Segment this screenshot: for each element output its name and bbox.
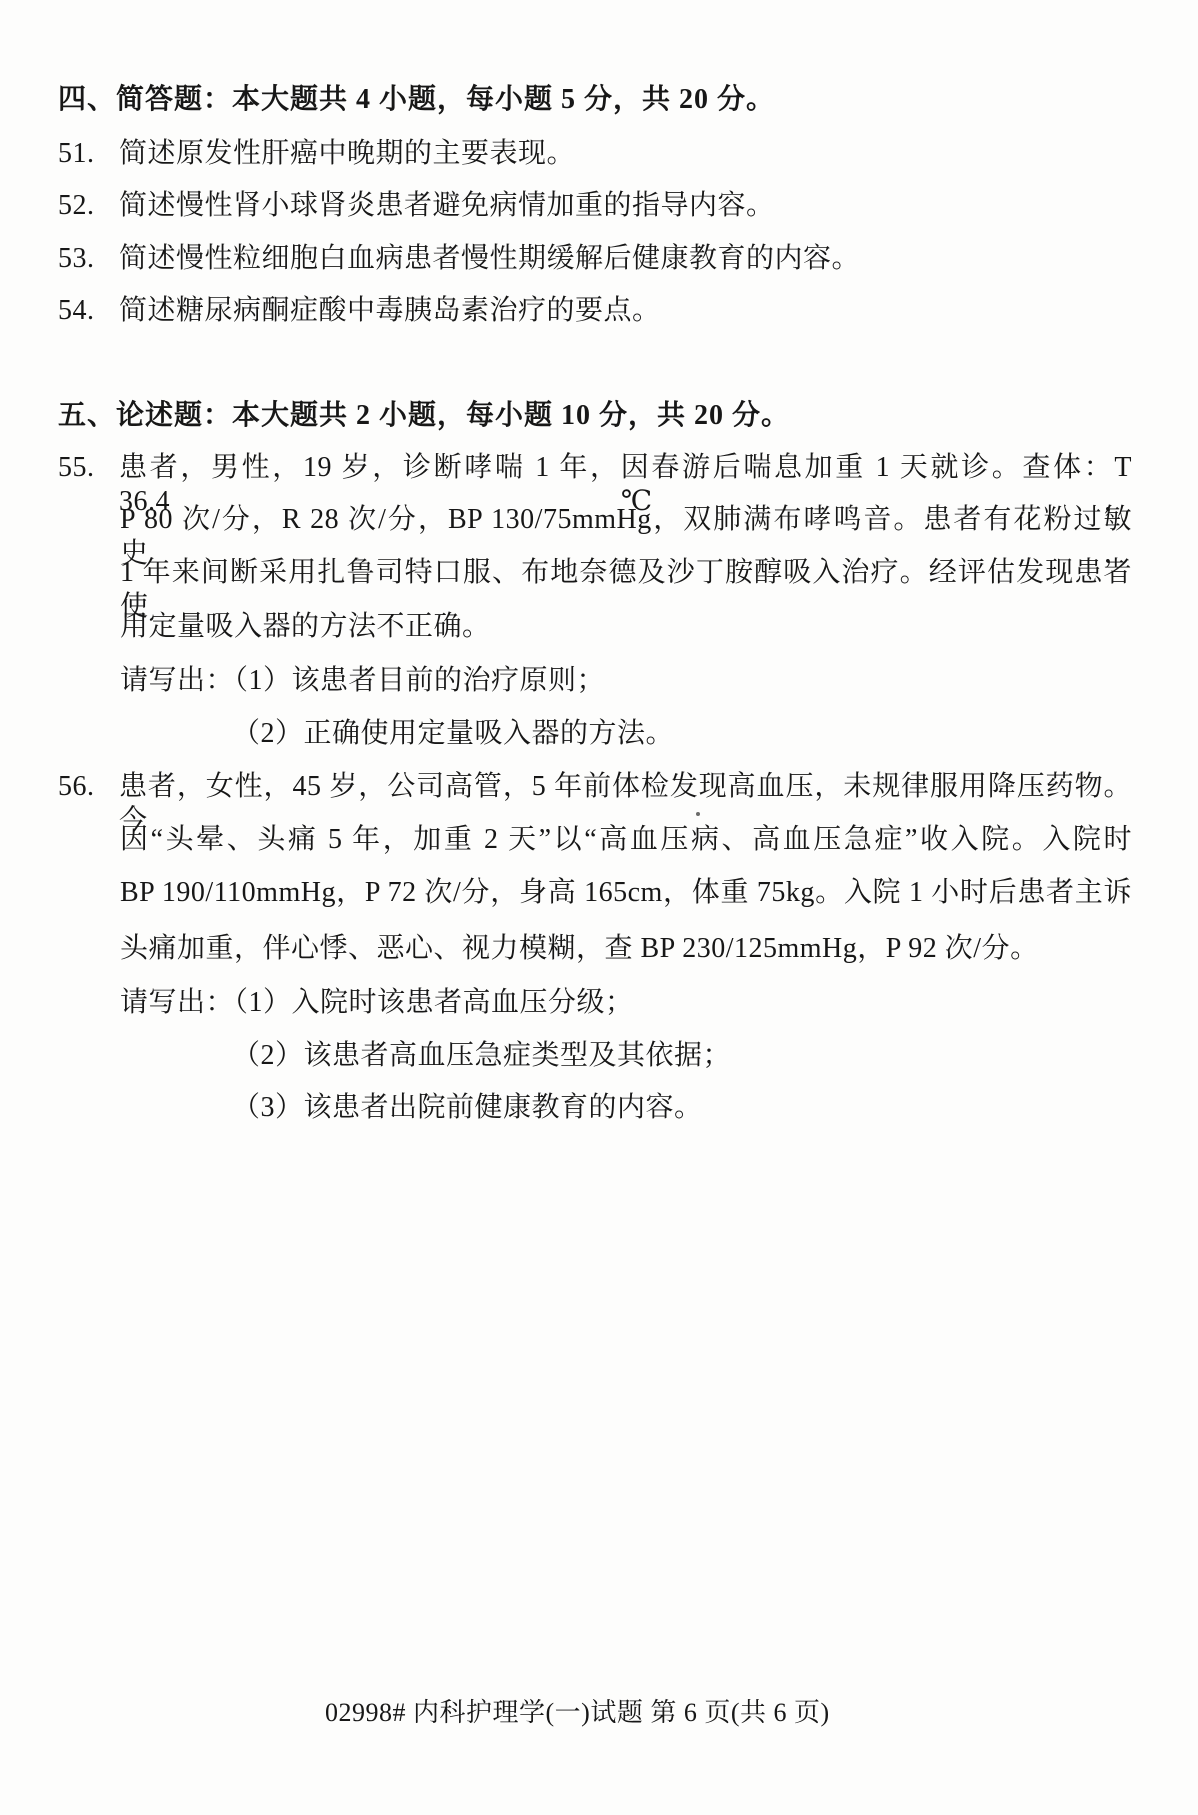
question-52-text: 简述慢性肾小球肾炎患者避免病情加重的指导内容。 (119, 189, 1132, 223)
question-56-line-4: 头痛加重，伴心悸、恶心、视力模糊，查 BP 230/125mmHg，P 92 次… (120, 932, 1132, 966)
section-5-heading: 五、论述题：本大题共 2 小题，每小题 10 分，共 20 分。 (58, 399, 790, 433)
question-51-number: 51. (58, 137, 119, 171)
section-4-heading: 四、简答题：本大题共 4 小题，每小题 5 分，共 20 分。 (58, 83, 775, 117)
question-56-line-2: 因“头晕、头痛 5 年，加重 2 天”以“高血压病、高血压急症”收入院。入院时 (120, 823, 1132, 857)
scan-artifact-dot (696, 812, 700, 816)
question-55-line-4: 用定量吸入器的方法不正确。 (120, 610, 1132, 644)
exam-page: 四、简答题：本大题共 4 小题，每小题 5 分，共 20 分。 51. 简述原发… (0, 0, 1198, 1815)
question-53-text: 简述慢性粒细胞白血病患者慢性期缓解后健康教育的内容。 (119, 242, 1132, 276)
question-55-number: 55. (58, 451, 119, 485)
question-56-subitem-2: （2）该患者高血压急症类型及其依据； (232, 1039, 731, 1073)
question-51: 51. 简述原发性肝癌中晚期的主要表现。 (58, 137, 1132, 171)
page-footer: 02998# 内科护理学(一)试题 第 6 页(共 6 页) (325, 1698, 830, 1728)
question-56-number: 56. (58, 770, 119, 804)
question-53: 53. 简述慢性粒细胞白血病患者慢性期缓解后健康教育的内容。 (58, 242, 1132, 276)
question-56-line-3: BP 190/110mmHg，P 72 次/分，身高 165cm，体重 75kg… (120, 876, 1132, 910)
question-51-text: 简述原发性肝癌中晚期的主要表现。 (119, 137, 1132, 171)
question-54: 54. 简述糖尿病酮症酸中毒胰岛素治疗的要点。 (58, 294, 1132, 328)
question-55-subitem-2: （2）正确使用定量吸入器的方法。 (232, 717, 674, 751)
question-56-subitem-1: 请写出：（1）入院时该患者高血压分级； (120, 986, 1132, 1020)
question-56-subitem-3: （3）该患者出院前健康教育的内容。 (232, 1091, 703, 1125)
question-54-number: 54. (58, 294, 119, 328)
question-52-number: 52. (58, 189, 119, 223)
question-54-text: 简述糖尿病酮症酸中毒胰岛素治疗的要点。 (119, 294, 1132, 328)
question-55-subitem-1: 请写出：（1）该患者目前的治疗原则； (120, 664, 1132, 698)
question-52: 52. 简述慢性肾小球肾炎患者避免病情加重的指导内容。 (58, 189, 1132, 223)
question-53-number: 53. (58, 242, 119, 276)
